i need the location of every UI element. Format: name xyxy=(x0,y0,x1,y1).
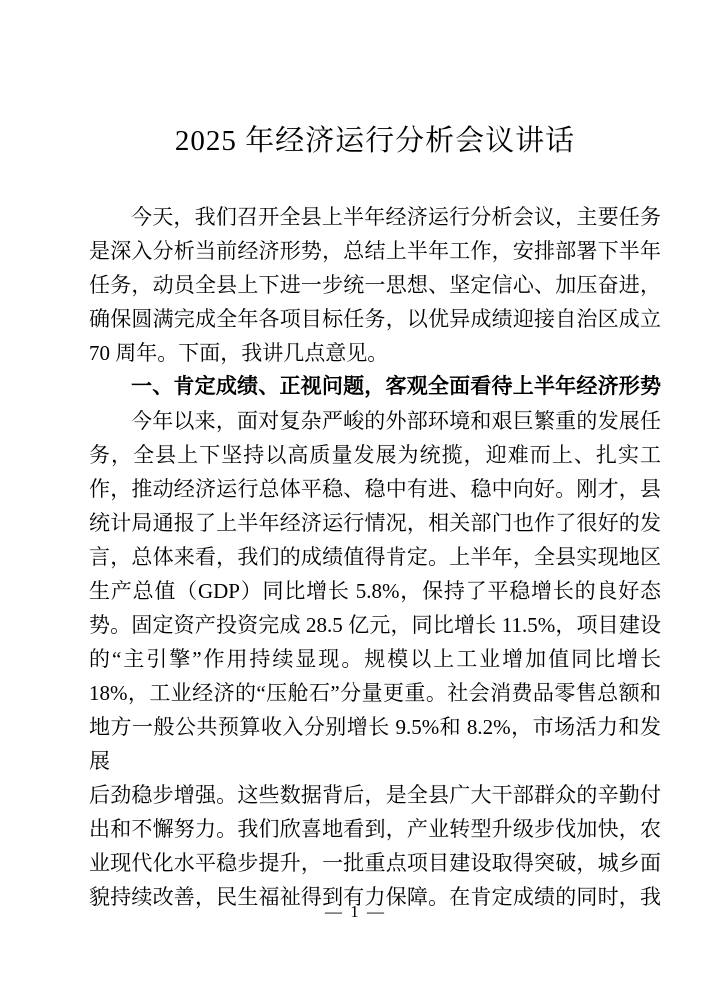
text-line: 统计局通报了上半年经济运行情况，相关部门也作了很好的发 xyxy=(89,506,661,540)
section-heading: 一、肯定成绩、正视问题，客观全面看待上半年经济形势 xyxy=(89,370,661,404)
document-title: 2025 年经济运行分析会议讲话 xyxy=(89,120,661,162)
text-line: 的“主引擎”作用持续显现。规模以上工业增加值同比增长 xyxy=(89,642,661,676)
text-line: 确保圆满完成全年各项目标任务，以优异成绩迎接自治区成立 xyxy=(89,302,661,336)
text-line: 是深入分析当前经济形势，总结上半年工作，安排部署下半年 xyxy=(89,234,661,268)
text-line: 18%，工业经济的“压舱石”分量更重。社会消费品零售总额和 xyxy=(89,676,661,710)
text-line: 出和不懈努力。我们欣喜地看到，产业转型升级步伐加快，农 xyxy=(89,812,661,846)
text-line: 作，推动经济运行总体平稳、稳中有进、稳中向好。刚才，县 xyxy=(89,472,661,506)
text-line: 言，总体来看，我们的成绩值得肯定。上半年，全县实现地区 xyxy=(89,540,661,574)
document-body: 今天，我们召开全县上半年经济运行分析会议，主要任务 是深入分析当前经济形势，总结… xyxy=(89,200,661,914)
text-line: 务，全县上下坚持以高质量发展为统揽，迎难而上、扎实工 xyxy=(89,438,661,472)
text-line: 70 周年。下面，我讲几点意见。 xyxy=(89,336,661,370)
text-line: 生产总值（GDP）同比增长 5.8%，保持了平稳增长的良好态 xyxy=(89,574,661,608)
text-line: 今年以来，面对复杂严峻的外部环境和艰巨繁重的发展任 xyxy=(89,404,661,438)
text-line: 任务，动员全县上下进一步统一思想、坚定信心、加压奋进， xyxy=(89,268,661,302)
text-line: 后劲稳步增强。这些数据背后，是全县广大干部群众的辛勤付 xyxy=(89,778,661,812)
text-line: 地方一般公共预算收入分别增长 9.5%和 8.2%，市场活力和发展 xyxy=(89,710,661,778)
page-number: — 1 — xyxy=(0,900,711,924)
text-line: 业现代化水平稳步提升，一批重点项目建设取得突破，城乡面 xyxy=(89,846,661,880)
document-content: 2025 年经济运行分析会议讲话 今天，我们召开全县上半年经济运行分析会议，主要… xyxy=(89,0,661,914)
document-page: 2025 年经济运行分析会议讲话 今天，我们召开全县上半年经济运行分析会议，主要… xyxy=(0,0,711,1006)
text-line: 势。固定资产投资完成 28.5 亿元，同比增长 11.5%，项目建设 xyxy=(89,608,661,642)
text-line: 今天，我们召开全县上半年经济运行分析会议，主要任务 xyxy=(89,200,661,234)
